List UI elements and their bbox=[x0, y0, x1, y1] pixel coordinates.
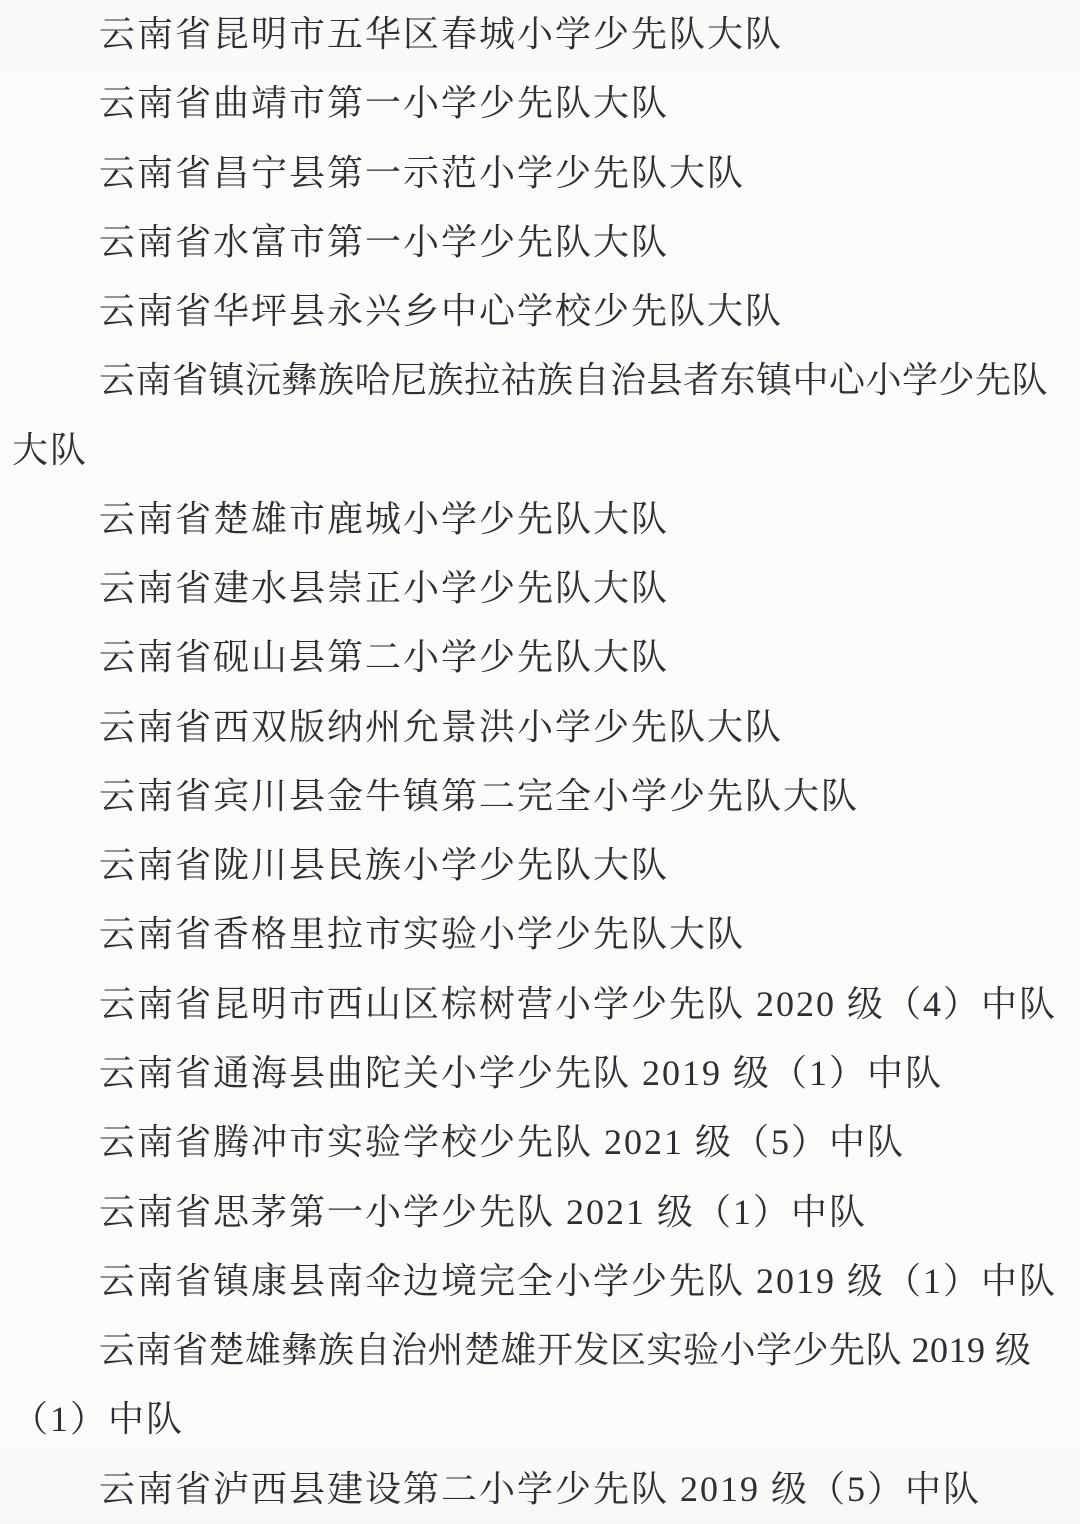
document-line: 云南省香格里拉市实验小学少先队大队 bbox=[12, 900, 1080, 969]
document-line: 云南省楚雄彝族自治州楚雄开发区实验小学少先队 2019 级 bbox=[12, 1316, 1080, 1385]
document-page: 云南省昆明市五华区春城小学少先队大队 云南省曲靖市第一小学少先队大队 云南省昌宁… bbox=[0, 0, 1080, 1524]
document-line: 云南省泸西县建设第二小学少先队 2019 级（5）中队 bbox=[12, 1455, 1080, 1524]
document-line: 云南省楚雄市鹿城小学少先队大队 bbox=[12, 485, 1080, 554]
document-line-continuation: （1）中队 bbox=[12, 1385, 1080, 1454]
document-line: 云南省镇康县南伞边境完全小学少先队 2019 级（1）中队 bbox=[12, 1247, 1080, 1316]
document-line: 云南省陇川县民族小学少先队大队 bbox=[12, 831, 1080, 900]
document-line: 云南省腾冲市实验学校少先队 2021 级（5）中队 bbox=[12, 1108, 1080, 1177]
document-line: 云南省西双版纳州允景洪小学少先队大队 bbox=[12, 693, 1080, 762]
document-line: 云南省砚山县第二小学少先队大队 bbox=[12, 623, 1080, 692]
document-line: 云南省华坪县永兴乡中心学校少先队大队 bbox=[12, 277, 1080, 346]
document-line: 云南省镇沅彝族哈尼族拉祜族自治县者东镇中心小学少先队 bbox=[12, 346, 1080, 415]
document-line: 云南省昆明市五华区春城小学少先队大队 bbox=[12, 0, 1080, 69]
document-line: 云南省昌宁县第一示范小学少先队大队 bbox=[12, 139, 1080, 208]
document-line: 云南省通海县曲陀关小学少先队 2019 级（1）中队 bbox=[12, 1039, 1080, 1108]
document-line-continuation: 大队 bbox=[12, 416, 1080, 485]
document-line: 云南省建水县崇正小学少先队大队 bbox=[12, 554, 1080, 623]
document-line: 云南省昆明市西山区棕树营小学少先队 2020 级（4）中队 bbox=[12, 970, 1080, 1039]
document-line: 云南省思茅第一小学少先队 2021 级（1）中队 bbox=[12, 1178, 1080, 1247]
document-line: 云南省宾川县金牛镇第二完全小学少先队大队 bbox=[12, 762, 1080, 831]
document-line: 云南省曲靖市第一小学少先队大队 bbox=[12, 69, 1080, 138]
document-line: 云南省水富市第一小学少先队大队 bbox=[12, 208, 1080, 277]
